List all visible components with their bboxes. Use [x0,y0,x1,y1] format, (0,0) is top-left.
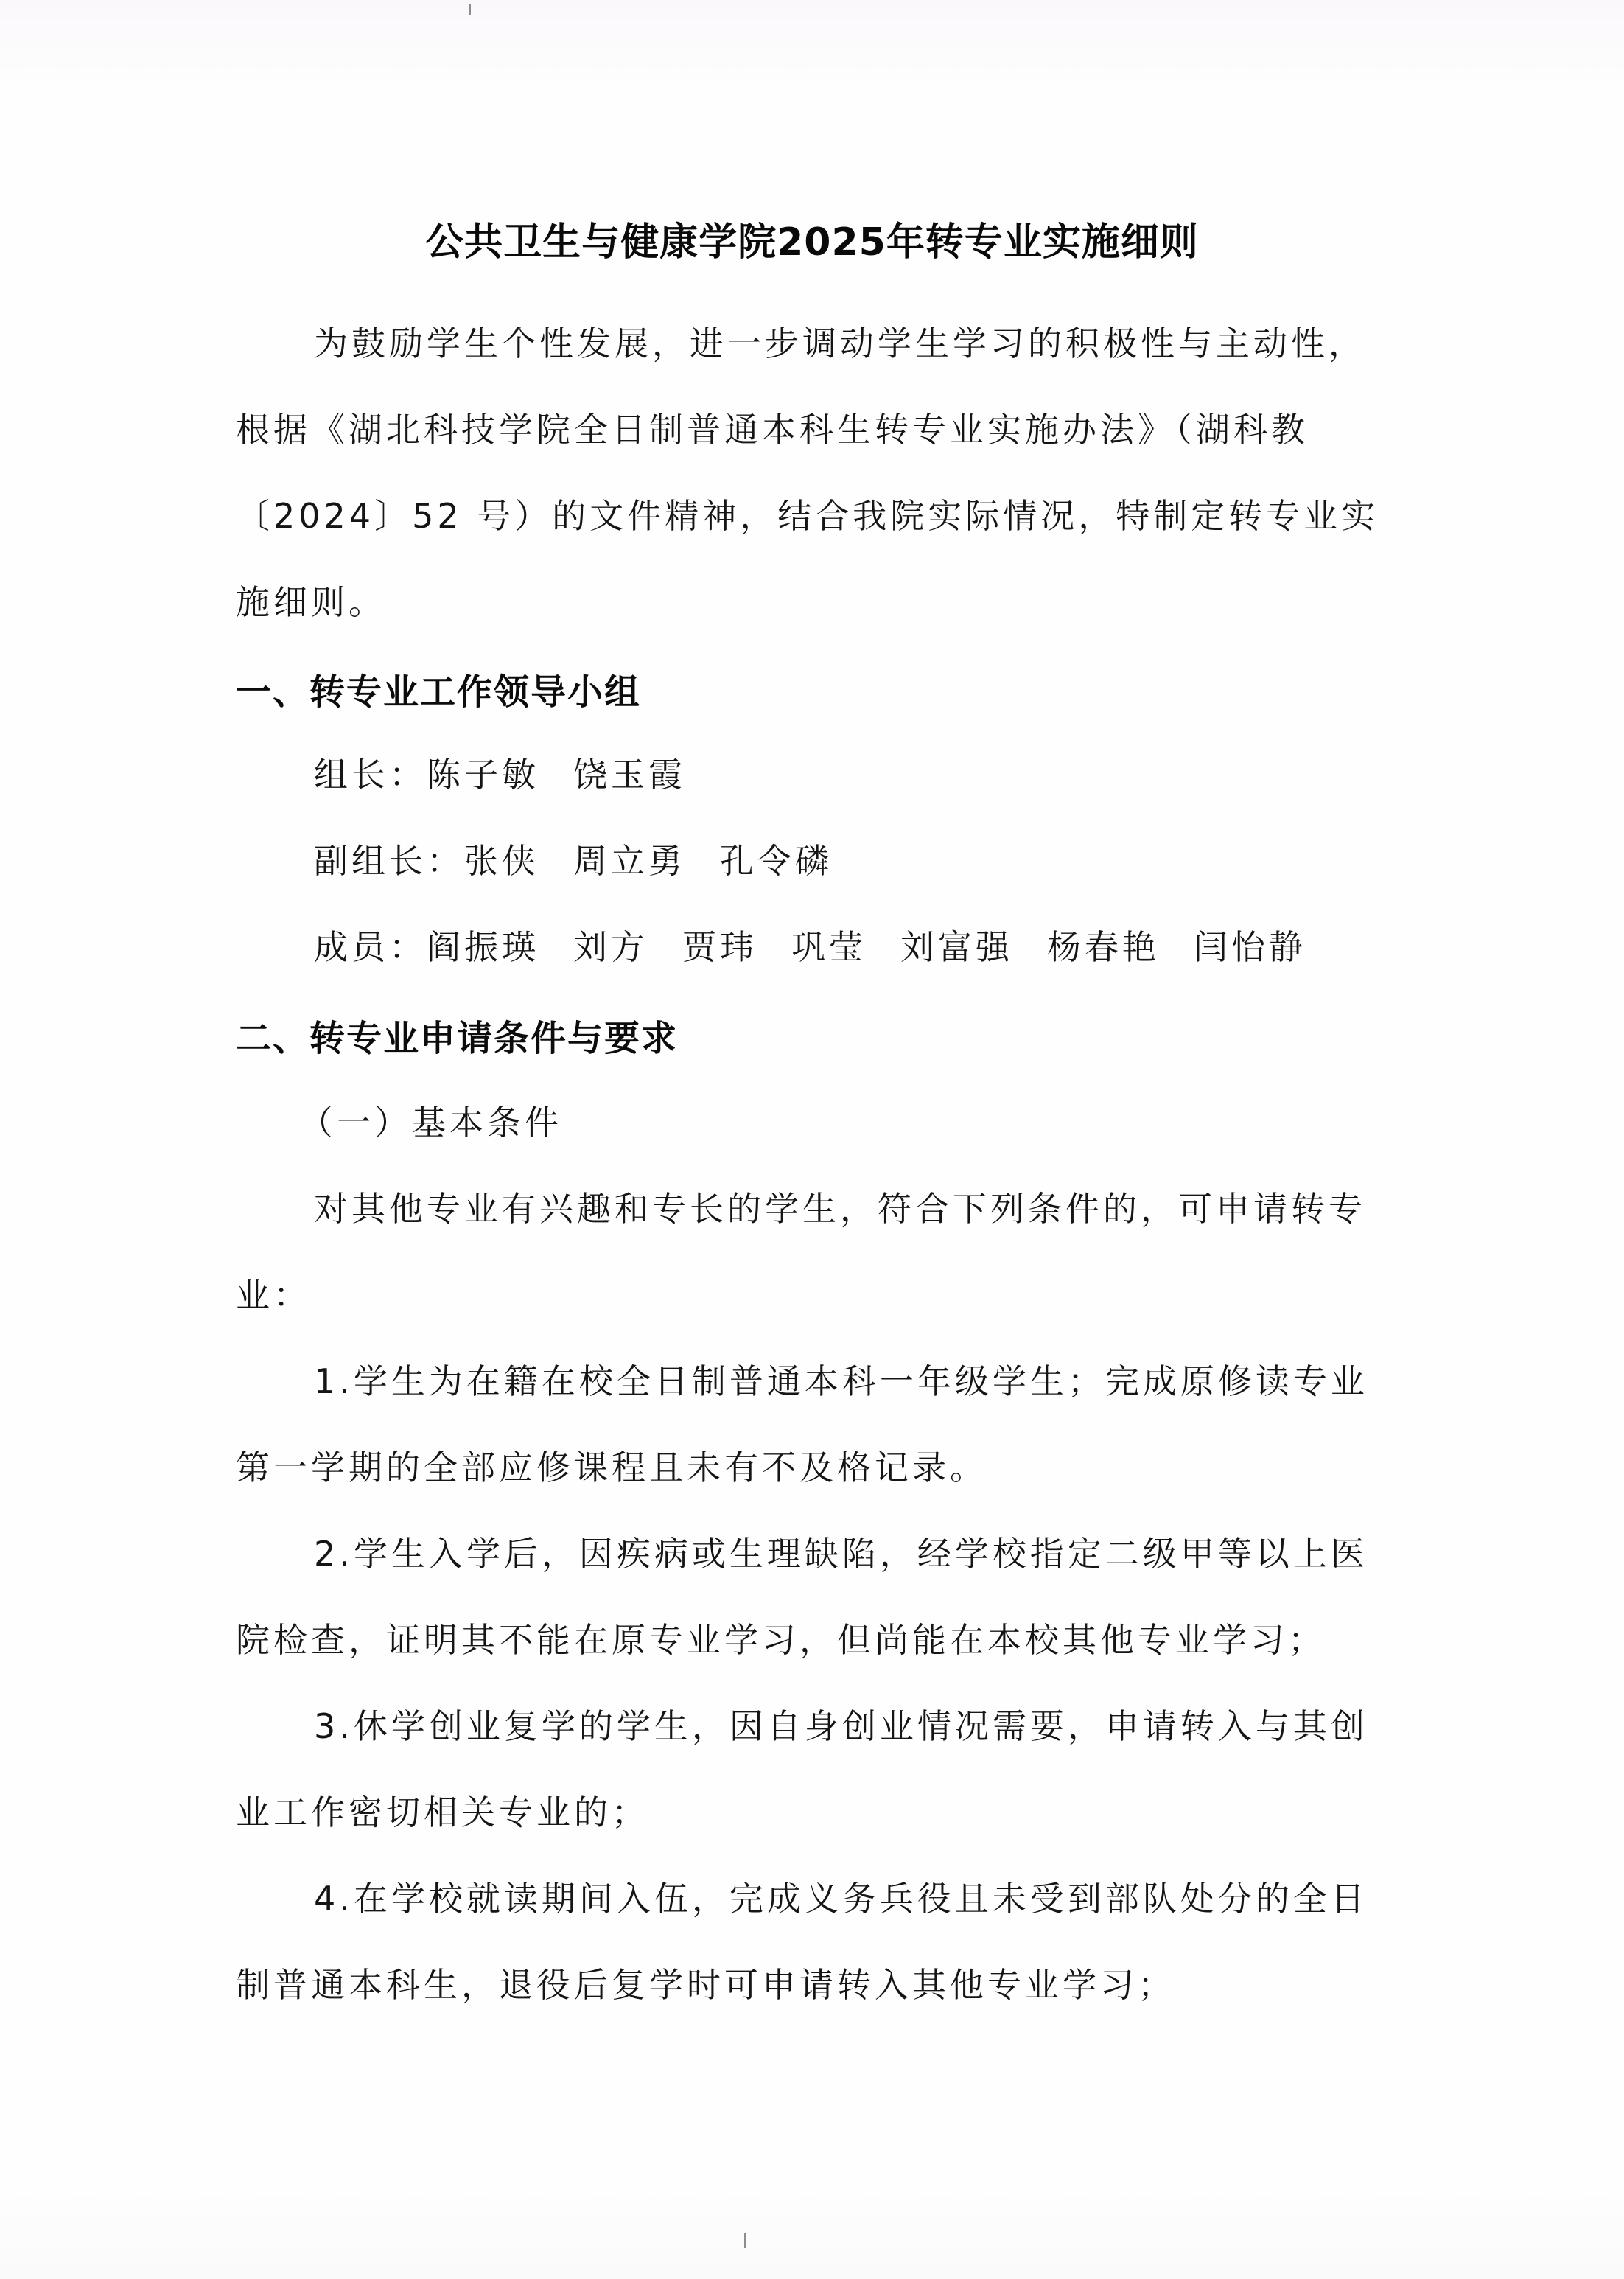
member-name: 贾玮 [682,927,757,967]
item-1-line-2: 第一学期的全部应修课程且未有不及格记录。 [236,1441,987,1490]
scan-speck [469,4,471,15]
leaders-line: 组长：陈子敏饶玉霞 [314,748,686,797]
member-name: 巩莹 [791,927,867,967]
item-4-line-1: 4.在学校就读期间入伍，完成义务兵役且未受到部队处分的全日 [314,1872,1368,1921]
member-name: 杨春艳 [1047,927,1160,967]
member-name: 刘方 [573,927,648,967]
subsection-heading: （一）基本条件 [299,1096,562,1145]
scan-speck [744,2233,746,2248]
leader-name: 饶玉霞 [573,755,686,795]
item-2-line-2: 院检查，证明其不能在原专业学习，但尚能在本校其他专业学习； [236,1613,1326,1662]
member-name: 刘富强 [900,927,1013,967]
document-title: 公共卫生与健康学院2025年转专业实施细则 [0,211,1624,266]
item-3-line-2: 业工作密切相关专业的； [236,1786,649,1835]
deputy-name: 张侠 [464,841,539,881]
deputy-name: 周立勇 [573,841,686,881]
deputy-name: 孔令磷 [720,841,833,881]
lead-line-2: 业： [236,1268,311,1317]
item-2-line-1: 2.学生入学后，因疾病或生理缺陷，经学校指定二级甲等以上医 [314,1527,1368,1576]
section-1-heading: 一、转专业工作领导小组 [236,663,641,714]
leader-name: 陈子敏 [427,755,539,795]
intro-line-4: 施细则。 [236,576,386,624]
item-4-line-2: 制普通本科生，退役后复学时可申请转入其他专业学习； [236,1958,1175,2007]
item-1-line-1: 1.学生为在籍在校全日制普通本科一年级学生；完成原修读专业 [314,1355,1368,1403]
members-label: 成员： [314,927,427,967]
leaders-label: 组长： [314,755,427,795]
members-line: 成员：阎振瑛刘方贾玮巩莹刘富强杨春艳闫怡静 [314,921,1306,969]
item-3-line-1: 3.休学创业复学的学生，因自身创业情况需要，申请转入与其创 [314,1700,1368,1748]
section-2-heading: 二、转专业申请条件与要求 [236,1010,678,1061]
intro-line-1: 为鼓励学生个性发展，进一步调动学生学习的积极性与主动性， [314,317,1366,366]
intro-line-2: 根据《湖北科技学院全日制普通本科生转专业实施办法》（湖科教 [236,403,1309,452]
member-name: 阎振瑛 [427,927,539,967]
member-name: 闫怡静 [1194,927,1306,967]
deputies-line: 副组长：张侠周立勇孔令磷 [314,834,833,883]
intro-line-3: 〔2024〕52 号）的文件精神，结合我院实际情况，特制定转专业实 [236,489,1379,538]
deputies-label: 副组长： [314,841,464,881]
document-page: 公共卫生与健康学院2025年转专业实施细则 为鼓励学生个性发展，进一步调动学生学… [0,0,1624,2279]
lead-line-1: 对其他专业有兴趣和专长的学生，符合下列条件的，可申请转专 [314,1182,1366,1231]
